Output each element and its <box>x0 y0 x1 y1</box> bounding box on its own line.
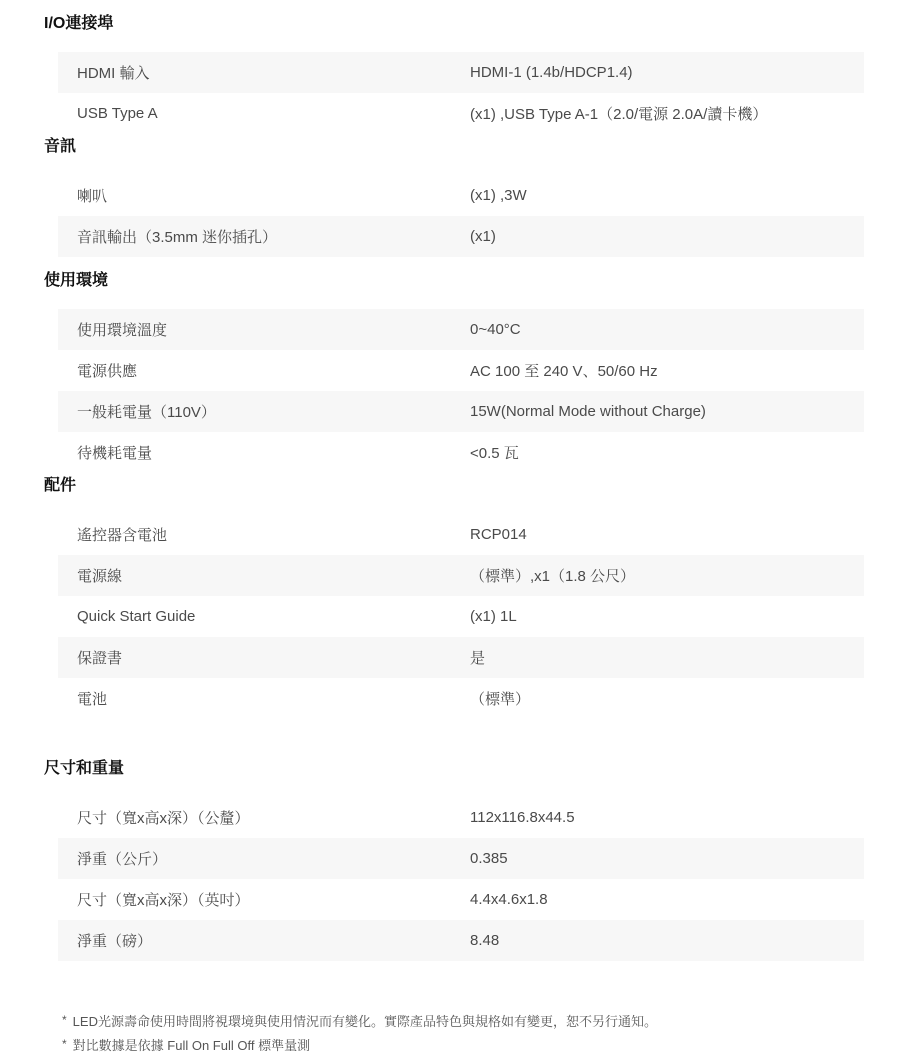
table-row: USB Type A(x1) ,USB Type A-1（2.0/電源 2.0A… <box>58 93 864 134</box>
table-row: 音訊輸出（3.5mm 迷你插孔）(x1) <box>58 216 864 257</box>
footnote-asterisk: * <box>62 1033 67 1055</box>
spec-label: 尺寸（寬x高x深）（英吋） <box>58 889 470 910</box>
section-title: 使用環境 <box>44 270 900 292</box>
spec-sections: I/O連接埠HDMI 輸入HDMI-1 (1.4b/HDCP1.4)USB Ty… <box>0 13 900 961</box>
spec-value: 是 <box>470 647 864 668</box>
spec-label: Quick Start Guide <box>58 608 470 625</box>
spec-value: 0.385 <box>470 850 864 867</box>
spec-table: HDMI 輸入HDMI-1 (1.4b/HDCP1.4)USB Type A(x… <box>58 52 864 134</box>
spec-label: 電源供應 <box>58 360 470 381</box>
spec-value: AC 100 至 240 V、50/60 Hz <box>470 360 864 381</box>
spec-label: 保證書 <box>58 647 470 668</box>
spec-section: 尺寸和重量尺寸（寬x高x深）（公釐）112x116.8x44.5淨重（公斤）0.… <box>0 758 900 961</box>
spec-section: I/O連接埠HDMI 輸入HDMI-1 (1.4b/HDCP1.4)USB Ty… <box>0 13 900 134</box>
spec-value: 15W(Normal Mode without Charge) <box>470 403 864 420</box>
spec-label: 音訊輸出（3.5mm 迷你插孔） <box>58 226 470 247</box>
table-row: 尺寸（寬x高x深）（英吋）4.4x4.6x1.8 <box>58 879 864 920</box>
footnote-text: 對比數據是依據 Full On Full Off 標準量測 <box>73 1038 310 1053</box>
section-title: 音訊 <box>44 136 900 158</box>
spec-value: 8.48 <box>470 932 864 949</box>
spec-value: 4.4x4.6x1.8 <box>470 891 864 908</box>
table-row: 淨重（磅）8.48 <box>58 920 864 961</box>
spec-value: RCP014 <box>470 526 864 543</box>
table-row: 淨重（公斤）0.385 <box>58 838 864 879</box>
spec-label: 淨重（公斤） <box>58 848 470 869</box>
table-row: 待機耗電量<0.5 瓦 <box>58 432 864 473</box>
spec-label: 遙控器含電池 <box>58 524 470 545</box>
section-title: I/O連接埠 <box>44 13 900 35</box>
table-row: 喇叭(x1) ,3W <box>58 175 864 216</box>
spec-table: 使用環境溫度0~40°C電源供應AC 100 至 240 V、50/60 Hz一… <box>58 309 864 473</box>
spec-table: 尺寸（寬x高x深）（公釐）112x116.8x44.5淨重（公斤）0.385尺寸… <box>58 797 864 961</box>
table-row: 尺寸（寬x高x深）（公釐）112x116.8x44.5 <box>58 797 864 838</box>
spec-label: 一般耗電量（110V） <box>58 401 470 422</box>
table-row: HDMI 輸入HDMI-1 (1.4b/HDCP1.4) <box>58 52 864 93</box>
footnote-asterisk: * <box>62 1009 67 1031</box>
spec-value: (x1) ,3W <box>470 187 864 204</box>
spec-label: 電源線 <box>58 565 470 586</box>
spec-table: 遙控器含電池RCP014電源線（標準）,x1（1.8 公尺）Quick Star… <box>58 514 864 719</box>
spec-section: 音訊喇叭(x1) ,3W音訊輸出（3.5mm 迷你插孔）(x1) <box>0 136 900 257</box>
spec-label: 使用環境溫度 <box>58 319 470 340</box>
table-row: 遙控器含電池RCP014 <box>58 514 864 555</box>
spec-page: I/O連接埠HDMI 輸入HDMI-1 (1.4b/HDCP1.4)USB Ty… <box>0 0 900 1057</box>
spec-section: 使用環境使用環境溫度0~40°C電源供應AC 100 至 240 V、50/60… <box>0 270 900 473</box>
footnote-line: *對比數據是依據 Full On Full Off 標準量測 <box>62 1033 900 1057</box>
spec-label: 待機耗電量 <box>58 442 470 463</box>
spec-value: （標準） <box>470 688 864 709</box>
spec-value: <0.5 瓦 <box>470 442 864 463</box>
table-row: 電池（標準） <box>58 678 864 719</box>
spec-label: 淨重（磅） <box>58 930 470 951</box>
table-row: Quick Start Guide(x1) 1L <box>58 596 864 637</box>
spec-label: 尺寸（寬x高x深）（公釐） <box>58 807 470 828</box>
table-row: 保證書是 <box>58 637 864 678</box>
spec-label: USB Type A <box>58 105 470 122</box>
spec-table: 喇叭(x1) ,3W音訊輸出（3.5mm 迷你插孔）(x1) <box>58 175 864 257</box>
footnote-line: *LED光源壽命使用時間將視環境與使用情況而有變化。實際產品特色與規格如有變更，… <box>62 1009 900 1033</box>
spec-value: （標準）,x1（1.8 公尺） <box>470 565 864 586</box>
spec-value: HDMI-1 (1.4b/HDCP1.4) <box>470 64 864 81</box>
spec-label: 喇叭 <box>58 185 470 206</box>
footnote-text: LED光源壽命使用時間將視環境與使用情況而有變化。實際產品特色與規格如有變更，恕… <box>73 1014 657 1029</box>
section-title: 配件 <box>44 475 900 497</box>
spec-section: 配件遙控器含電池RCP014電源線（標準）,x1（1.8 公尺）Quick St… <box>0 475 900 719</box>
spec-label: HDMI 輸入 <box>58 62 470 83</box>
table-row: 一般耗電量（110V）15W(Normal Mode without Charg… <box>58 391 864 432</box>
spec-value: (x1) 1L <box>470 608 864 625</box>
section-title: 尺寸和重量 <box>44 758 900 780</box>
footnotes: *LED光源壽命使用時間將視環境與使用情況而有變化。實際產品特色與規格如有變更，… <box>62 1009 900 1057</box>
spec-value: 112x116.8x44.5 <box>470 809 864 826</box>
spec-value: (x1) <box>470 228 864 245</box>
spec-value: 0~40°C <box>470 321 864 338</box>
table-row: 電源線（標準）,x1（1.8 公尺） <box>58 555 864 596</box>
spec-label: 電池 <box>58 688 470 709</box>
spec-value: (x1) ,USB Type A-1（2.0/電源 2.0A/讀卡機） <box>470 103 864 124</box>
table-row: 電源供應AC 100 至 240 V、50/60 Hz <box>58 350 864 391</box>
table-row: 使用環境溫度0~40°C <box>58 309 864 350</box>
